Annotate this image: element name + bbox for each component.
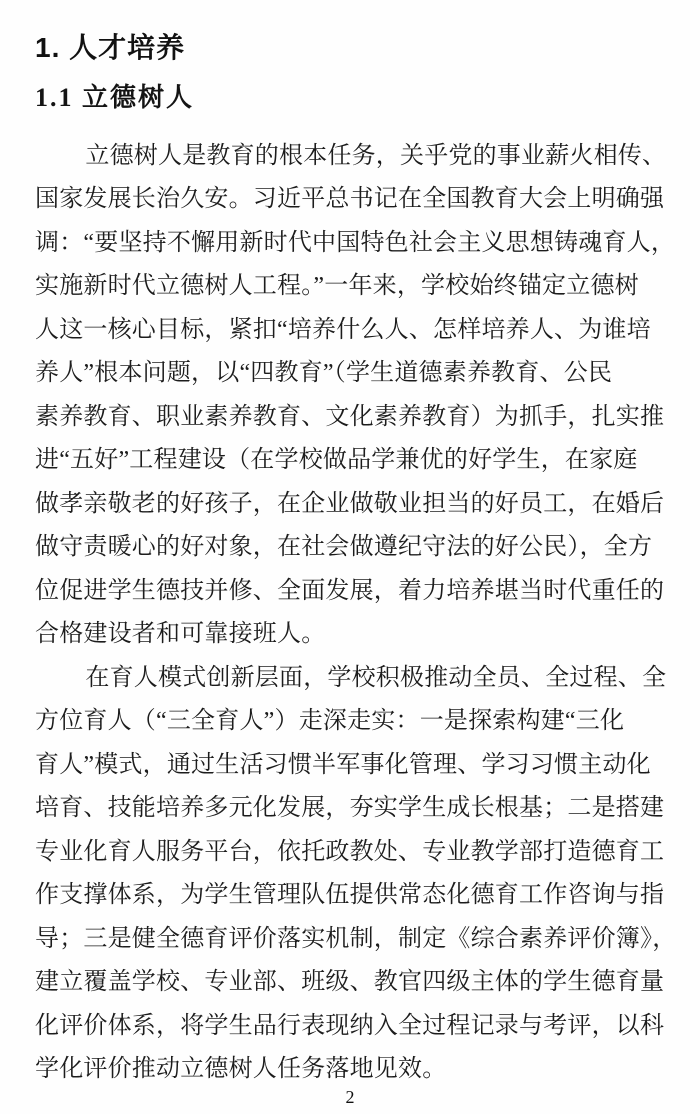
text-line: 培育、技能培养多元化发展，夯实学生成长根基；二是搭建 — [35, 787, 665, 831]
text-line: 建立覆盖学校、专业部、班级、教官四级主体的学生德育量 — [35, 961, 665, 1005]
text-line: 做孝亲敬老的好孩子，在企业做敬业担当的好员工，在婚后 — [35, 483, 665, 527]
text-line: 专业化育人服务平台，依托政教处、专业教学部打造德育工 — [35, 831, 665, 875]
text-line: 素养教育、职业素养教育、文化素养教育）为抓手，扎实推 — [35, 396, 665, 440]
text-line: 作支撑体系，为学生管理队伍提供常态化德育工作咨询与指 — [35, 874, 665, 918]
page-number: 2 — [0, 1087, 700, 1108]
text-line: 实施新时代立德树人工程。”一年来，学校始终锚定立德树 — [35, 265, 665, 309]
text-line: 养人”根本问题，以“四教育”（学生道德素养教育、公民 — [35, 352, 665, 396]
subsection-heading: 1.1 立德树人 — [35, 84, 665, 111]
text-line: 导；三是健全德育评价落实机制，制定《综合素养评价簿》， — [35, 918, 665, 962]
text-line: 国家发展长治久安。习近平总书记在全国教育大会上明确强 — [35, 178, 665, 222]
paragraph-lide-shuren: 立德树人是教育的根本任务，关乎党的事业薪火相传、国家发展长治久安。习近平总书记在… — [35, 135, 665, 657]
text-line: 学化评价推动立德树人任务落地见效。 — [35, 1048, 665, 1092]
text-line: 合格建设者和可靠接班人。 — [35, 613, 665, 657]
text-line: 在育人模式创新层面，学校积极推动全员、全过程、全 — [35, 657, 665, 701]
text-line: 立德树人是教育的根本任务，关乎党的事业薪火相传、 — [35, 135, 665, 179]
document-page: 1. 人才培养 1.1 立德树人 立德树人是教育的根本任务，关乎党的事业薪火相传… — [0, 0, 700, 1114]
text-line: 位促进学生德技并修、全面发展，着力培养堪当时代重任的 — [35, 570, 665, 614]
text-line: 化评价体系，将学生品行表现纳入全过程记录与考评，以科 — [35, 1005, 665, 1049]
text-line: 人这一核心目标，紧扣“培养什么人、怎样培养人、为谁培 — [35, 309, 665, 353]
text-line: 进“五好”工程建设（在学校做品学兼优的好学生，在家庭 — [35, 439, 665, 483]
text-line: 调：“要坚持不懈用新时代中国特色社会主义思想铸魂育人， — [35, 222, 665, 266]
section-heading: 1. 人才培养 — [35, 33, 665, 62]
text-line: 育人”模式，通过生活习惯半军事化管理、学习习惯主动化 — [35, 744, 665, 788]
text-line: 做守责暖心的好对象，在社会做遵纪守法的好公民），全方 — [35, 526, 665, 570]
paragraph-yuren-moshi: 在育人模式创新层面，学校积极推动全员、全过程、全方位育人（“三全育人”）走深走实… — [35, 657, 665, 1092]
text-line: 方位育人（“三全育人”）走深走实：一是探索构建“三化 — [35, 700, 665, 744]
